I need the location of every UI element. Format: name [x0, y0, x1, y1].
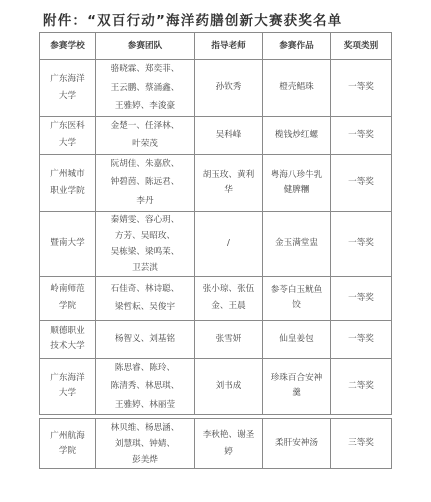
- team-cell: 骆晓霖、郑奕菲、王云鹏、蔡涌鑫、王雅婷、李浚豪: [96, 60, 195, 117]
- document-title: 附件：“双百行动”海洋药膳创新大赛获奖名单: [43, 9, 342, 29]
- school-cell: 岭南师范学院: [40, 276, 96, 320]
- advisor-cell: 胡玉玫、黄利华: [195, 154, 263, 211]
- award-table: 参赛学校 参赛团队 指导老师 参赛作品 奖项类别 广东海洋大学 骆晓霖、郑奕菲、…: [39, 32, 392, 415]
- team-cell: 秦婧雯、容心玥、方芳、吴昭玫、吴栋梁、梁鸣茉、卫芸淇: [96, 211, 195, 276]
- advisor-cell: 吴科峰: [195, 116, 263, 154]
- advisor-cell: 张雪妍: [195, 320, 263, 358]
- work-cell: 粤海八珍牛乳健脾糰: [263, 154, 331, 211]
- team-cell: 石佳奇、林诗聪、梁哲耘、吴俊宇: [96, 276, 195, 320]
- table-row: 暨南大学 秦婧雯、容心玥、方芳、吴昭玫、吴栋梁、梁鸣茉、卫芸淇 / 金玉满堂盅 …: [40, 211, 392, 276]
- work-cell: 榄钱炒红螺: [263, 116, 331, 154]
- school-cell: 广东海洋大学: [40, 60, 96, 117]
- header-advisor: 指导老师: [195, 33, 263, 60]
- table-row: 广东医科大学 金楚一、任泽林、叶荣茂 吴科峰 榄钱炒红螺 一等奖: [40, 116, 392, 154]
- table-header-row: 参赛学校 参赛团队 指导老师 参赛作品 奖项类别: [40, 33, 392, 60]
- advisor-cell: 孙钦秀: [195, 60, 263, 117]
- header-work: 参赛作品: [263, 33, 331, 60]
- header-team: 参赛团队: [96, 33, 195, 60]
- award-cell: 一等奖: [331, 211, 392, 276]
- header-award: 奖项类别: [331, 33, 392, 60]
- table-row: 广州城市职业学院 阮胡佳、朱嘉欣、钟碧茵、陈远君、李丹 胡玉玫、黄利华 粤海八珍…: [40, 154, 392, 211]
- header-school: 参赛学校: [40, 33, 96, 60]
- table-row: 广东海洋大学 陈思睿、陈玲、陈清秀、林思琪、王雅婷、林丽莹 刘书成 珍珠百合安神…: [40, 358, 392, 415]
- work-cell: 参苓白玉鱿鱼饺: [263, 276, 331, 320]
- team-cell: 陈思睿、陈玲、陈清秀、林思琪、王雅婷、林丽莹: [96, 358, 195, 415]
- school-cell: 广州航海学院: [40, 419, 96, 469]
- team-cell: 林贝维、杨思涵、刘慧琪、钟婧、彭美烨: [96, 419, 195, 469]
- work-cell: 柔肝安神汤: [263, 419, 331, 469]
- advisor-cell: /: [195, 211, 263, 276]
- award-cell: 三等奖: [331, 419, 392, 469]
- award-cell: 一等奖: [331, 276, 392, 320]
- award-table-continued: 广州航海学院 林贝维、杨思涵、刘慧琪、钟婧、彭美烨 李秋艳、谢圣婷 柔肝安神汤 …: [39, 418, 392, 469]
- award-cell: 二等奖: [331, 358, 392, 415]
- work-cell: 珍珠百合安神羹: [263, 358, 331, 415]
- award-cell: 一等奖: [331, 60, 392, 117]
- school-cell: 广州城市职业学院: [40, 154, 96, 211]
- table-row: 岭南师范学院 石佳奇、林诗聪、梁哲耘、吴俊宇 张小琼、张伍金、王晨 参苓白玉鱿鱼…: [40, 276, 392, 320]
- award-cell: 一等奖: [331, 320, 392, 358]
- table-row: 广东海洋大学 骆晓霖、郑奕菲、王云鹏、蔡涌鑫、王雅婷、李浚豪 孙钦秀 橙壳鲳珠 …: [40, 60, 392, 117]
- school-cell: 广东海洋大学: [40, 358, 96, 415]
- table-row: 广州航海学院 林贝维、杨思涵、刘慧琪、钟婧、彭美烨 李秋艳、谢圣婷 柔肝安神汤 …: [40, 419, 392, 469]
- team-cell: 阮胡佳、朱嘉欣、钟碧茵、陈远君、李丹: [96, 154, 195, 211]
- work-cell: 仙皇姜包: [263, 320, 331, 358]
- school-cell: 暨南大学: [40, 211, 96, 276]
- school-cell: 顺德职业技术大学: [40, 320, 96, 358]
- table-row: 顺德职业技术大学 杨智义、刘基铭 张雪妍 仙皇姜包 一等奖: [40, 320, 392, 358]
- work-cell: 橙壳鲳珠: [263, 60, 331, 117]
- team-cell: 金楚一、任泽林、叶荣茂: [96, 116, 195, 154]
- award-cell: 一等奖: [331, 116, 392, 154]
- advisor-cell: 刘书成: [195, 358, 263, 415]
- school-cell: 广东医科大学: [40, 116, 96, 154]
- team-cell: 杨智义、刘基铭: [96, 320, 195, 358]
- advisor-cell: 李秋艳、谢圣婷: [195, 419, 263, 469]
- work-cell: 金玉满堂盅: [263, 211, 331, 276]
- award-cell: 一等奖: [331, 154, 392, 211]
- advisor-cell: 张小琼、张伍金、王晨: [195, 276, 263, 320]
